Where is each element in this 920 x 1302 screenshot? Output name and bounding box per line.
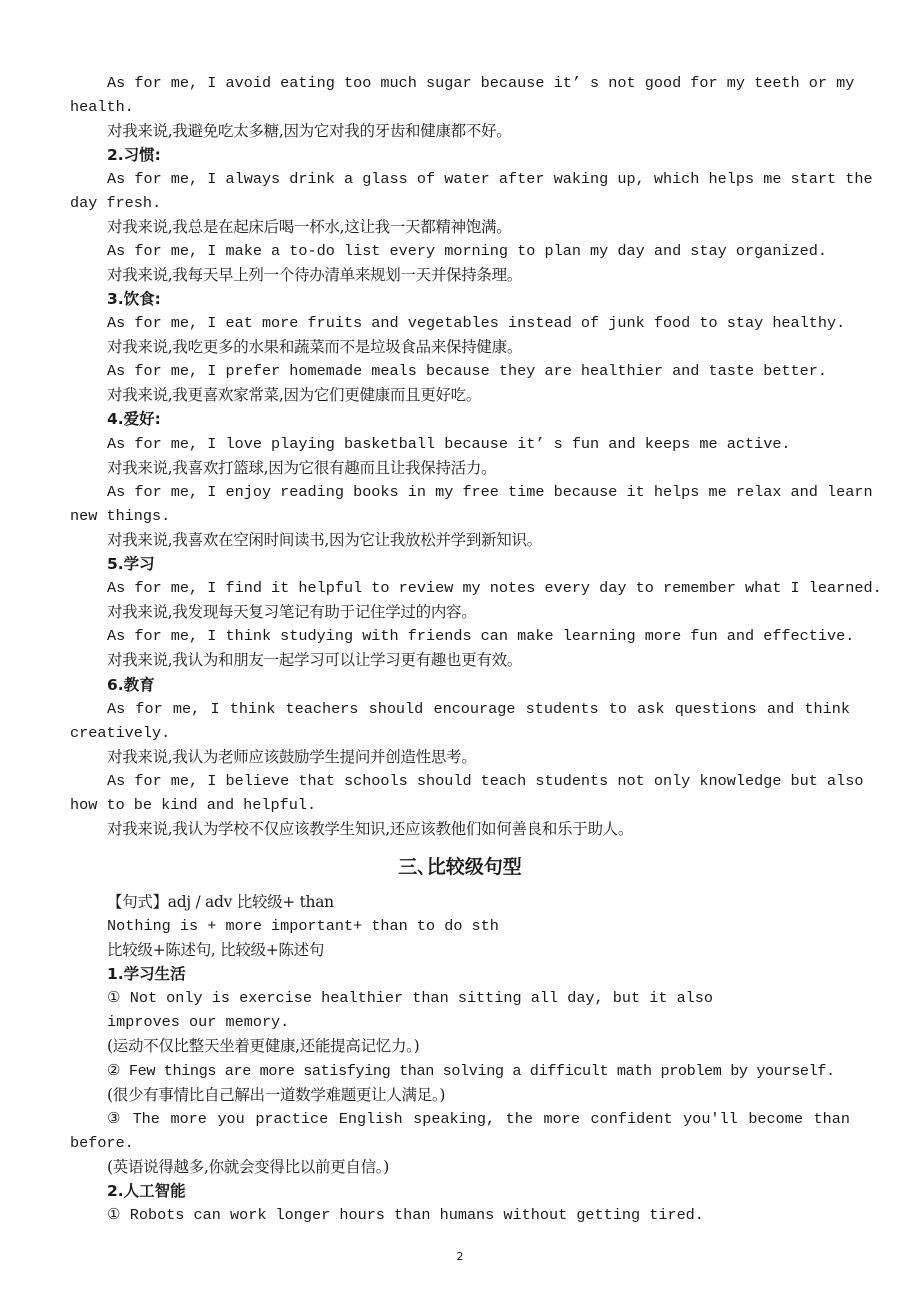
page-number: 2 — [0, 1250, 920, 1263]
sentence-en: As for me, I prefer homemade meals becau… — [107, 359, 850, 383]
topic-heading: 6.教育 — [107, 673, 850, 697]
group-heading: 1.学习生活 — [107, 962, 850, 986]
sentence-zh: 对我来说,我吃更多的水果和蔬菜而不是垃圾食品来保持健康。 — [107, 335, 850, 359]
section-title: 三､比较级句型 — [0, 853, 920, 881]
example-zh: (很少有事情比自己解出一道数学难题更让人满足。) — [107, 1083, 850, 1107]
sentence-en-wrap: how to be kind and helpful. — [70, 793, 850, 817]
example-en: ① Robots can work longer hours than huma… — [107, 1203, 850, 1227]
sentence-zh: 对我来说,我喜欢在空闲时间读书,因为它让我放松并学到新知识。 — [107, 528, 850, 552]
pattern-line: 比较级+陈述句, 比较级+陈述句 — [107, 938, 850, 962]
example-zh: (运动不仅比整天坐着更健康,还能提高记忆力。) — [107, 1034, 850, 1058]
sentence-en-wrap: health. — [70, 95, 850, 119]
sentence-en: As for me, I always drink a glass of wat… — [107, 167, 850, 191]
topic-heading: 3.饮食: — [107, 287, 850, 311]
example-en-wrap: before. — [70, 1131, 850, 1155]
sentence-en: As for me, I find it helpful to review m… — [107, 576, 850, 600]
sentence-zh: 对我来说,我认为学校不仅应该教学生知识,还应该教他们如何善良和乐于助人。 — [107, 817, 850, 841]
sentence-zh: 对我来说,我总是在起床后喝一杯水,这让我一天都精神饱满。 — [107, 215, 850, 239]
example-en-wrap: improves our memory. — [107, 1010, 850, 1034]
sentence-en-wrap: new things. — [70, 504, 850, 528]
sentence-en: As for me, I enjoy reading books in my f… — [107, 480, 850, 504]
sentence-en: As for me, I believe that schools should… — [107, 769, 850, 793]
example-zh: (英语说得越多,你就会变得比以前更自信。) — [107, 1155, 850, 1179]
example-en: ② Few things are more satisfying than so… — [107, 1059, 850, 1083]
topic-heading: 2.习惯: — [107, 143, 850, 167]
group-heading: 2.人工智能 — [107, 1179, 850, 1203]
sentence-en: As for me, I make a to-do list every mor… — [107, 239, 850, 263]
pattern-line: 【句式】adj / adv 比较级+ than — [107, 890, 850, 914]
sentence-en: As for me, I think studying with friends… — [107, 624, 850, 648]
document-page: As for me, I avoid eating too much sugar… — [0, 0, 920, 1302]
sentence-zh: 对我来说,我喜欢打篮球,因为它很有趣而且让我保持活力。 — [107, 456, 850, 480]
sentence-zh: 对我来说,我认为老师应该鼓励学生提问并创造性思考。 — [107, 745, 850, 769]
example-en: ① Not only is exercise healthier than si… — [107, 986, 850, 1010]
sentence-en: As for me, I avoid eating too much sugar… — [107, 71, 850, 95]
topic-heading: 5.学习 — [107, 552, 850, 576]
sentence-en: As for me, I think teachers should encou… — [107, 697, 850, 721]
example-en: ③ The more you practice English speaking… — [107, 1107, 850, 1131]
sentence-en-wrap: day fresh. — [70, 191, 850, 215]
sentence-en: As for me, I love playing basketball bec… — [107, 432, 850, 456]
sentence-zh: 对我来说,我认为和朋友一起学习可以让学习更有趣也更有效。 — [107, 648, 850, 672]
sentence-zh: 对我来说,我避免吃太多糖,因为它对我的牙齿和健康都不好。 — [107, 119, 850, 143]
topic-heading: 4.爱好: — [107, 407, 850, 431]
sentence-zh: 对我来说,我更喜欢家常菜,因为它们更健康而且更好吃。 — [107, 383, 850, 407]
sentence-en: As for me, I eat more fruits and vegetab… — [107, 311, 850, 335]
sentence-zh: 对我来说,我发现每天复习笔记有助于记住学过的内容。 — [107, 600, 850, 624]
sentence-zh: 对我来说,我每天早上列一个待办清单来规划一天并保持条理。 — [107, 263, 850, 287]
pattern-line: Nothing is + more important+ than to do … — [107, 914, 850, 938]
sentence-en-wrap: creatively. — [70, 721, 850, 745]
